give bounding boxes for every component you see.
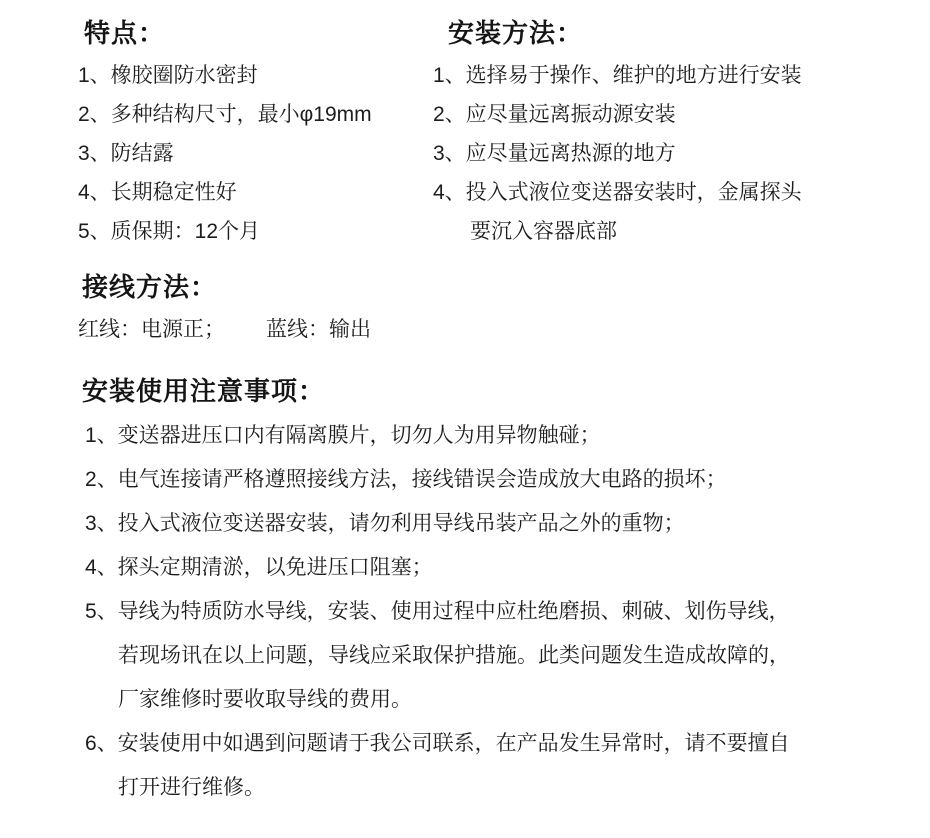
- install-method-title: 安装方法：: [433, 18, 802, 48]
- note-item: 3、投入式液位变送器安装，请勿利用导线吊装产品之外的重物；: [85, 502, 930, 546]
- feature-item: 2、多种结构尺寸，最小φ19mm: [78, 95, 433, 134]
- usage-notes-title: 安装使用注意事项：: [78, 376, 930, 406]
- wiring-section: 接线方法： 红线：电源正；蓝线：输出: [78, 272, 930, 342]
- features-section: 特点： 1、橡胶圈防水密封 2、多种结构尺寸，最小φ19mm 3、防结露 4、长…: [78, 18, 433, 251]
- note-item: 1、变送器进压口内有隔离膜片，切勿人为用异物触碰；: [85, 414, 930, 458]
- install-item: 2、应尽量远离振动源安装: [433, 95, 802, 134]
- install-method-section: 安装方法： 1、选择易于操作、维护的地方进行安装 2、应尽量远离振动源安装 3、…: [433, 18, 802, 251]
- note-item: 2、电气连接请严格遵照接线方法，接线错误会造成放大电路的损坏；: [85, 458, 930, 502]
- install-item-continuation: 要沉入容器底部: [470, 212, 802, 251]
- install-method-list: 1、选择易于操作、维护的地方进行安装 2、应尽量远离振动源安装 3、应尽量远离热…: [433, 56, 802, 251]
- feature-item: 5、质保期：12个月: [78, 212, 433, 251]
- top-section: 特点： 1、橡胶圈防水密封 2、多种结构尺寸，最小φ19mm 3、防结露 4、长…: [0, 0, 930, 251]
- manual-page: 特点： 1、橡胶圈防水密封 2、多种结构尺寸，最小φ19mm 3、防结露 4、长…: [0, 0, 930, 838]
- blue-wire-label: 蓝线：输出: [266, 318, 371, 341]
- red-wire-label: 红线：电源正；: [78, 318, 225, 341]
- feature-item: 1、橡胶圈防水密封: [78, 56, 433, 95]
- install-item: 4、投入式液位变送器安装时，金属探头: [433, 173, 802, 212]
- wiring-title: 接线方法：: [78, 272, 930, 302]
- note-item-continuation: 若现场讯在以上问题，导线应采取保护措施。此类问题发生造成故障的，: [118, 634, 930, 678]
- note-item-continuation: 厂家维修时要收取导线的费用。: [118, 678, 930, 722]
- note-item: 5、导线为特质防水导线，安装、使用过程中应杜绝磨损、刺破、划伤导线，: [85, 590, 930, 634]
- install-item: 3、应尽量远离热源的地方: [433, 134, 802, 173]
- install-item: 1、选择易于操作、维护的地方进行安装: [433, 56, 802, 95]
- features-list: 1、橡胶圈防水密封 2、多种结构尺寸，最小φ19mm 3、防结露 4、长期稳定性…: [78, 56, 433, 251]
- feature-item: 4、长期稳定性好: [78, 173, 433, 212]
- usage-notes-section: 安装使用注意事项： 1、变送器进压口内有隔离膜片，切勿人为用异物触碰； 2、电气…: [78, 376, 930, 810]
- features-title: 特点：: [78, 18, 433, 48]
- feature-item: 3、防结露: [78, 134, 433, 173]
- note-item: 6、安装使用中如遇到问题请于我公司联系，在产品发生异常时，请不要擅自: [85, 722, 930, 766]
- note-item-continuation: 打开进行维修。: [118, 766, 930, 810]
- usage-notes-list: 1、变送器进压口内有隔离膜片，切勿人为用异物触碰； 2、电气连接请严格遵照接线方…: [78, 414, 930, 810]
- note-item: 4、探头定期清淤，以免进压口阻塞；: [85, 546, 930, 590]
- wiring-line: 红线：电源正；蓝线：输出: [78, 318, 930, 342]
